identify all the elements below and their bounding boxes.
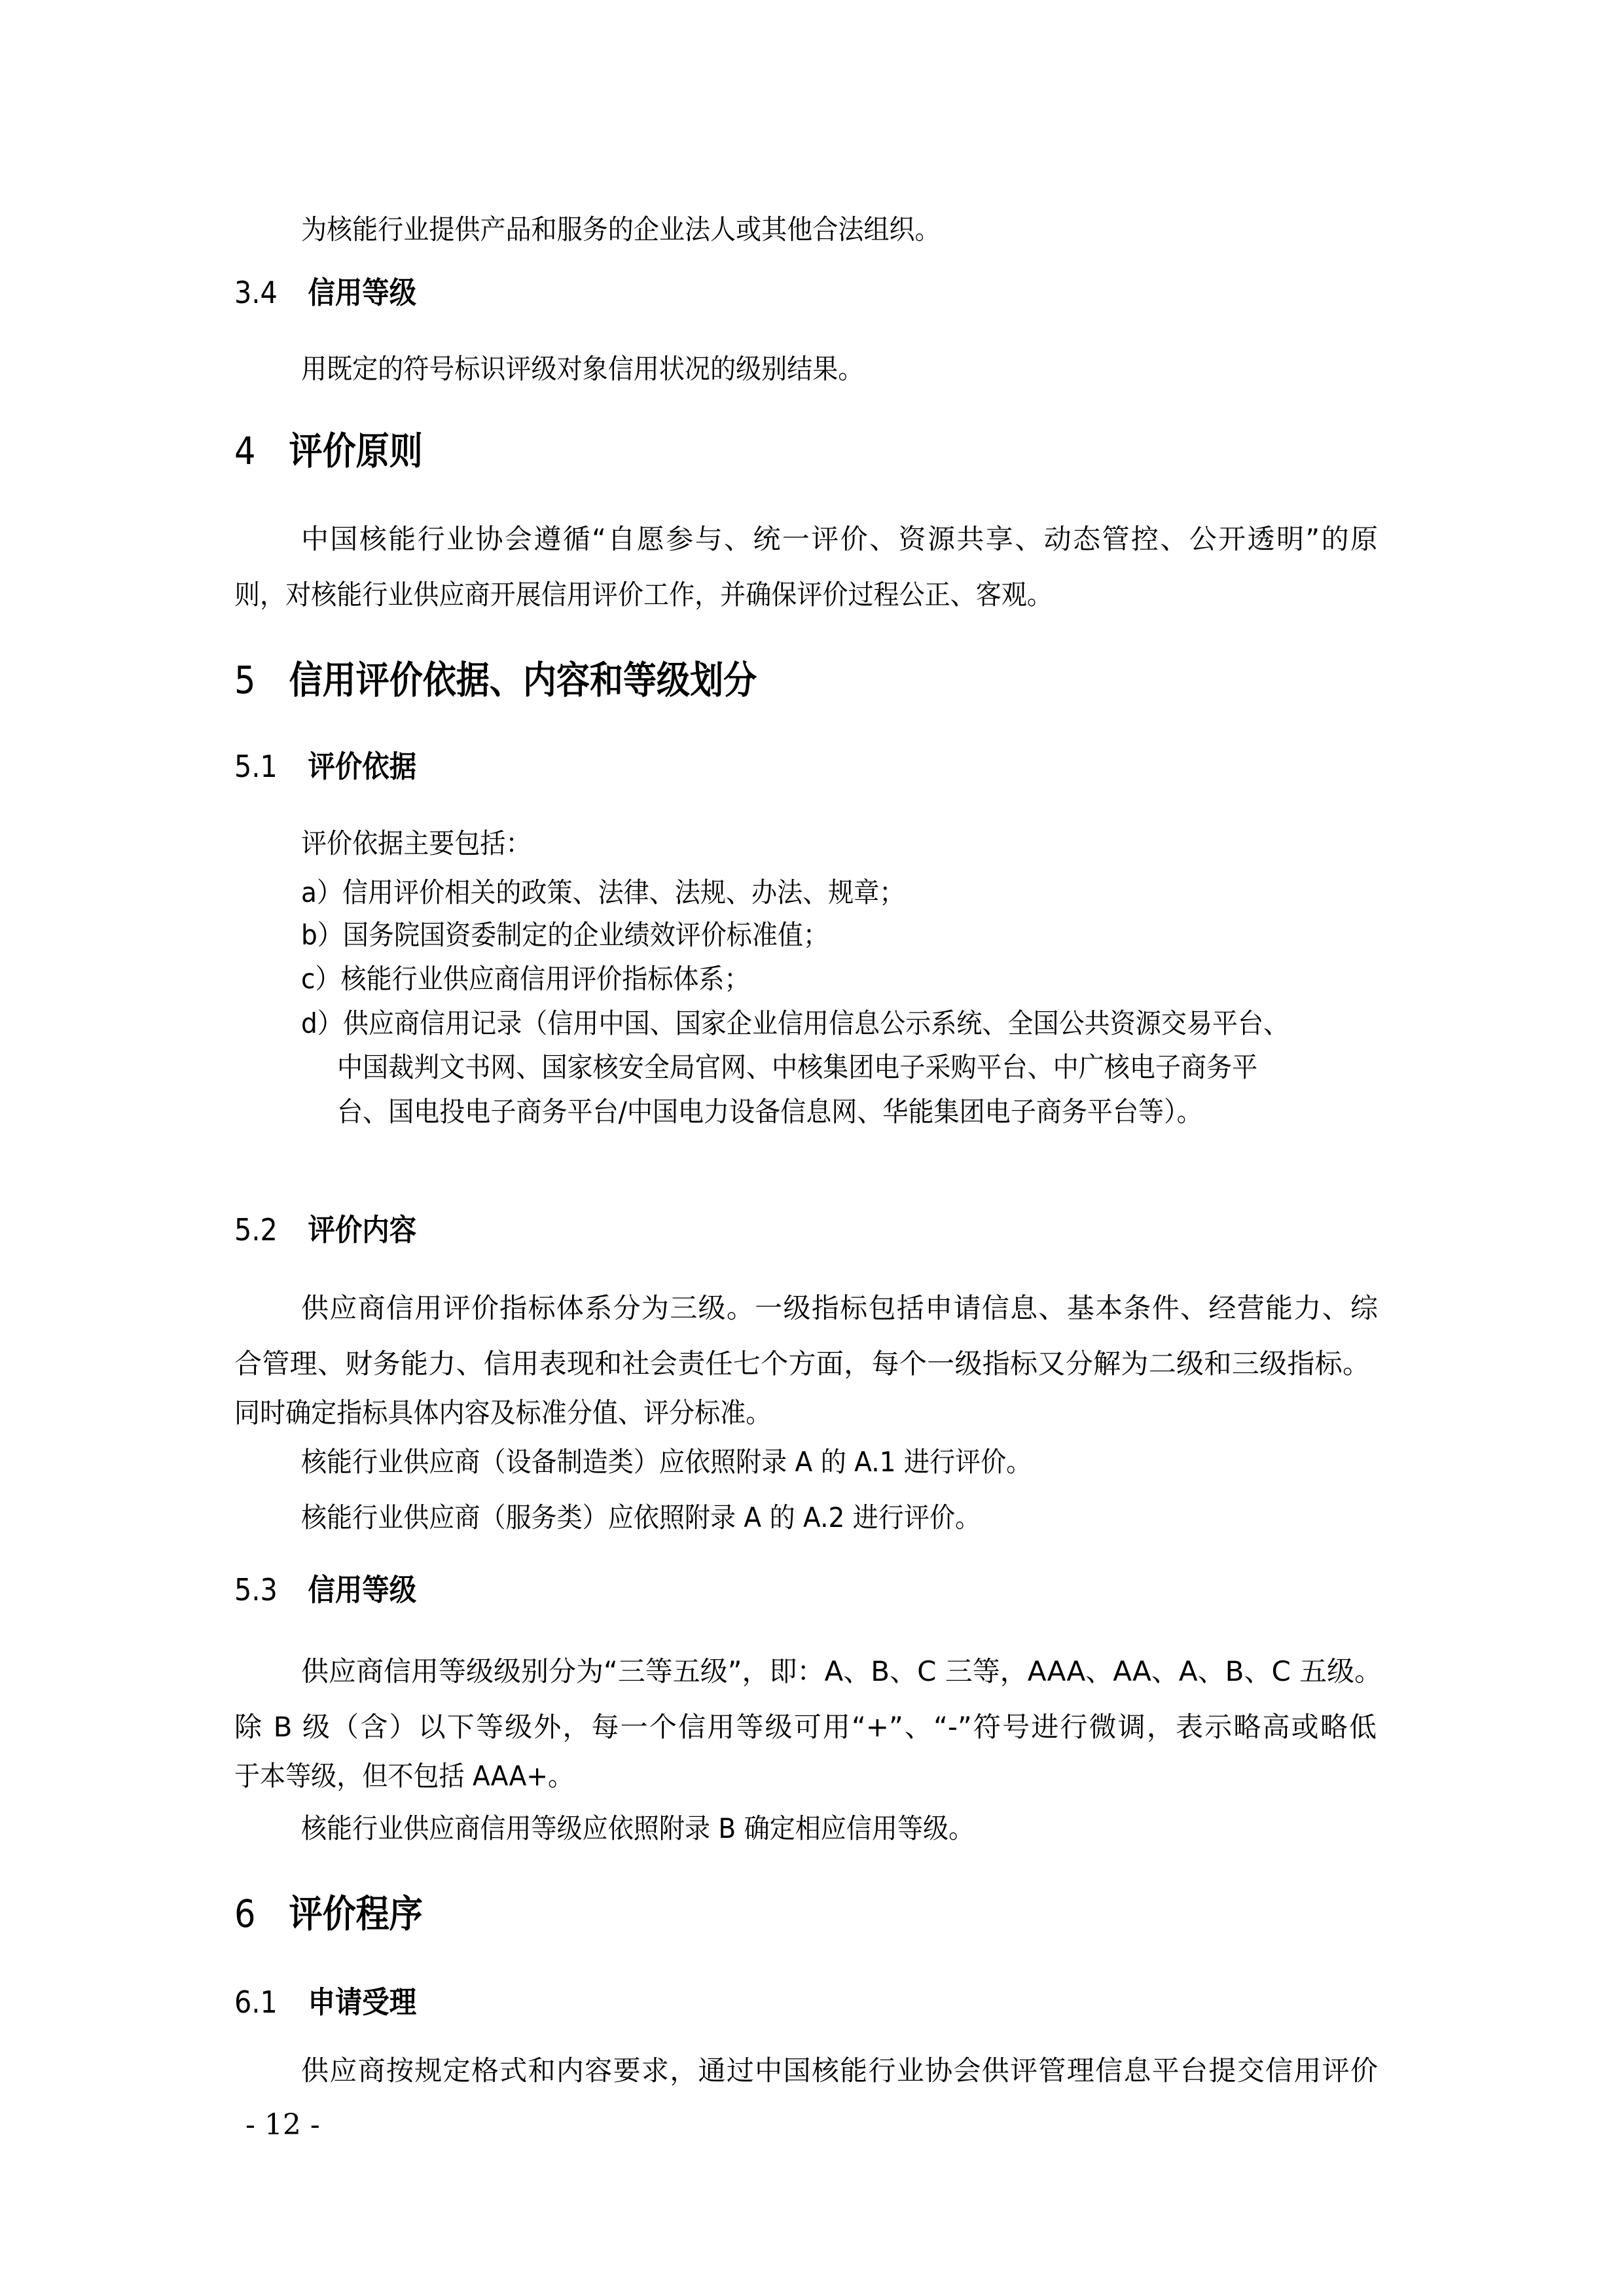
section-heading-5-1: 5.1评价依据 <box>234 751 416 781</box>
paragraph-line: 评价依据主要包括： <box>301 830 532 857</box>
section-number: 6.1 <box>234 1987 308 2017</box>
section-heading-5-2: 5.2评价内容 <box>234 1215 416 1245</box>
list-item-continuation: 台、国电投电子商务平台/中国电力设备信息网、华能集团电子商务平台等）。 <box>337 1098 1202 1126</box>
section-title: 评价原则 <box>289 429 423 473</box>
paragraph-line: 用既定的符号标识评级对象信用状况的级别结果。 <box>301 355 863 383</box>
list-item-continuation: 中国裁判文书网、国家核安全局官网、中核集团电子采购平台、中广核电子商务平 <box>337 1054 1257 1081</box>
section-title: 评价内容 <box>308 1212 417 1247</box>
section-title: 申请受理 <box>308 1984 417 2020</box>
section-number: 5.1 <box>234 751 308 781</box>
page-number: - 12 - <box>245 2111 320 2140</box>
list-item: a）信用评价相关的政策、法律、法规、办法、规章； <box>301 879 905 906</box>
list-item: c）核能行业供应商信用评价指标体系； <box>301 965 749 993</box>
section-heading-5: 5信用评价依据、内容和等级划分 <box>234 661 757 699</box>
section-heading-6: 6评价程序 <box>234 1895 423 1933</box>
section-heading-6-1: 6.1申请受理 <box>234 1987 416 2017</box>
section-title: 信用评价依据、内容和等级划分 <box>289 658 757 702</box>
list-item: d）供应商信用记录（信用中国、国家企业信用信息公示系统、全国公共资源交易平台、 <box>301 1010 1289 1037</box>
paragraph-line: 供应商信用评价指标体系分为三级。一级指标包括申请信息、基本条件、经营能力、综 <box>301 1295 1378 1322</box>
paragraph-line: 除 B 级（含）以下等级外，每一个信用等级可用“+”、“-”符号进行微调，表示略… <box>234 1713 1377 1741</box>
section-heading-4: 4评价原则 <box>234 432 423 470</box>
section-number: 4 <box>234 432 289 470</box>
paragraph-line: 核能行业供应商（服务类）应依照附录 A 的 A.2 进行评价。 <box>301 1504 981 1532</box>
paragraph-line: 同时确定指标具体内容及标准分值、评分标准。 <box>234 1399 771 1427</box>
paragraph-line: 合管理、财务能力、信用表现和社会责任七个方面，每个一级指标又分解为二级和三级指标… <box>234 1350 1370 1378</box>
paragraph-line: 供应商信用等级级别分为“三等五级”，即：A、B、C 三等，AAA、AA、A、B、… <box>301 1658 1375 1685</box>
section-title: 信用等级 <box>308 275 417 310</box>
paragraph-line: 则，对核能行业供应商开展信用评价工作，并确保评价过程公正、客观。 <box>234 581 1053 609</box>
paragraph-line: 核能行业供应商信用等级应依照附录 B 确定相应信用等级。 <box>301 1815 974 1842</box>
section-title: 信用等级 <box>308 1572 417 1607</box>
section-title: 评价依据 <box>308 749 417 784</box>
section-number: 5 <box>234 661 289 699</box>
paragraph-line: 为核能行业提供产品和服务的企业法人或其他合法组织。 <box>301 216 941 243</box>
paragraph-line: 供应商按规定格式和内容要求，通过中国核能行业协会供评管理信息平台提交信用评价 <box>301 2057 1378 2085</box>
section-number: 5.3 <box>234 1575 308 1605</box>
paragraph-line: 于本等级，但不包括 AAA+。 <box>234 1763 573 1790</box>
section-heading-5-3: 5.3信用等级 <box>234 1575 416 1605</box>
paragraph-line: 核能行业供应商（设备制造类）应依照附录 A 的 A.1 进行评价。 <box>301 1448 1032 1476</box>
list-item: b）国务院国资委制定的企业绩效评价标准值； <box>301 922 829 949</box>
section-number: 5.2 <box>234 1215 308 1245</box>
section-heading-3-4: 3.4信用等级 <box>234 278 416 308</box>
section-number: 3.4 <box>234 278 308 308</box>
paragraph-line: 中国核能行业协会遵循“自愿参与、统一评价、资源共享、动态管控、公开透明”的原 <box>301 526 1378 553</box>
section-title: 评价程序 <box>289 1892 423 1936</box>
section-number: 6 <box>234 1895 289 1933</box>
